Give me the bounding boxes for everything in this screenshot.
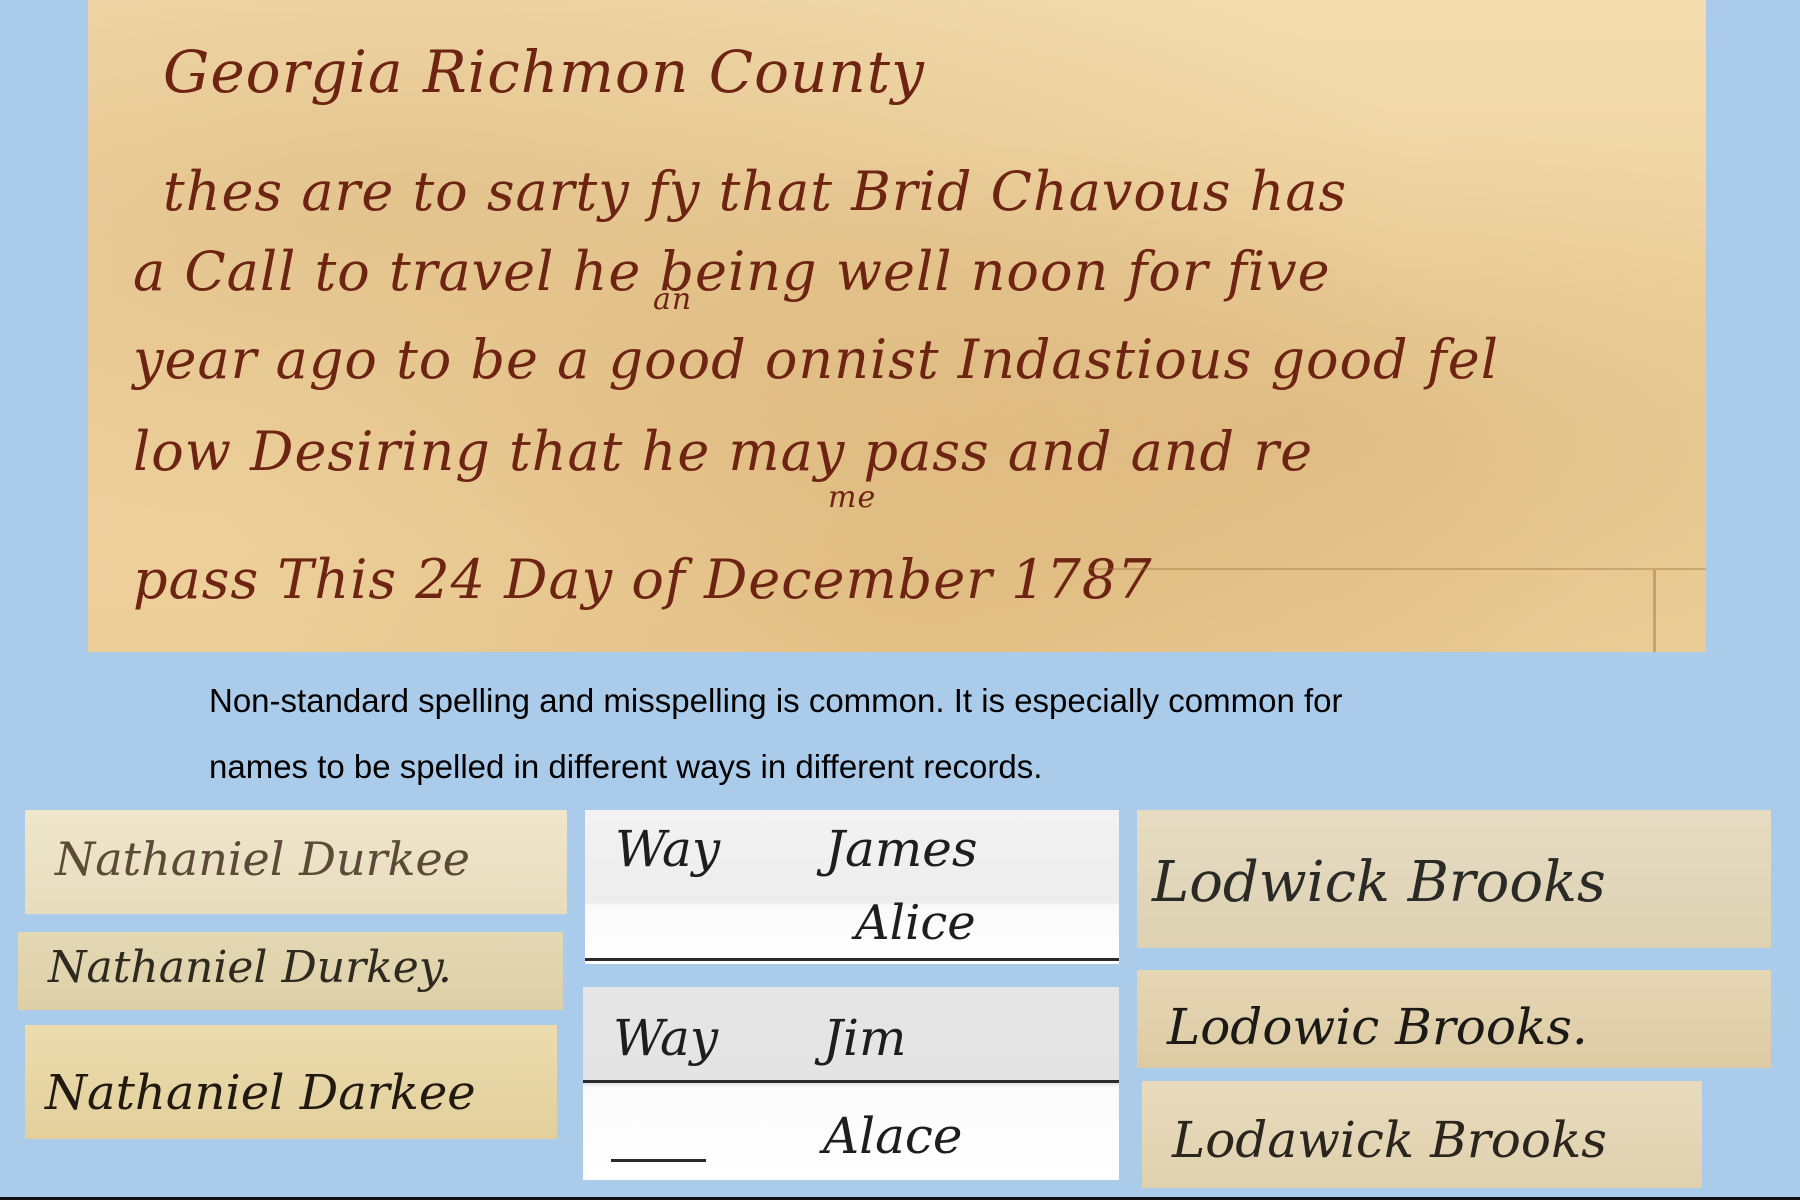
name-crop-durkee-3: Nathaniel Darkee bbox=[25, 1025, 557, 1139]
historic-letter-image: Georgia Richmon County thes are to sarty… bbox=[88, 0, 1706, 652]
letter-interlinear-an: an bbox=[653, 282, 692, 317]
name-crop-brooks-3: Lodawick Brooks bbox=[1142, 1081, 1702, 1188]
name-crop-durkee-2: Nathaniel Durkey. bbox=[18, 932, 563, 1010]
given-name-text: Jim bbox=[823, 1009, 906, 1067]
paper-fold-crease bbox=[1653, 570, 1656, 652]
signature-text: Nathaniel Darkee bbox=[45, 1065, 476, 1121]
letter-line-5: low Desiring that he may pass and and re bbox=[133, 420, 1313, 483]
name-crop-way-2: Way Jim Alace bbox=[583, 987, 1119, 1180]
dash-mark bbox=[611, 1159, 706, 1162]
ledger-rule bbox=[583, 1080, 1119, 1083]
signature-text: Lodowic Brooks. bbox=[1167, 998, 1588, 1056]
letter-line-4: year ago to be a good onnist Indastious … bbox=[133, 328, 1499, 391]
name-crop-brooks-1: Lodwick Brooks bbox=[1137, 810, 1771, 948]
letter-interlinear-me: me bbox=[828, 480, 876, 515]
slide-caption: Non-standard spelling and misspelling is… bbox=[209, 668, 1709, 800]
signature-text: Lodawick Brooks bbox=[1172, 1111, 1607, 1169]
second-name-text: Alice bbox=[855, 895, 976, 951]
letter-line-1: Georgia Richmon County bbox=[163, 38, 925, 106]
caption-line-1: Non-standard spelling and misspelling is… bbox=[209, 668, 1709, 734]
given-name-text: James bbox=[825, 820, 978, 878]
signature-text: Nathaniel Durkee bbox=[55, 832, 470, 886]
surname-text: Way bbox=[613, 1009, 718, 1067]
caption-line-2: names to be spelled in different ways in… bbox=[209, 734, 1709, 800]
letter-line-6: pass This 24 Day of December 1787 bbox=[133, 548, 1153, 611]
name-crop-way-1: Way James Alice bbox=[585, 810, 1119, 964]
letter-line-2: thes are to sarty fy that Brid Chavous h… bbox=[163, 160, 1347, 223]
paper-fold-line bbox=[1088, 568, 1706, 570]
name-crop-brooks-2: Lodowic Brooks. bbox=[1137, 970, 1771, 1068]
surname-text: Way bbox=[615, 820, 720, 878]
name-crop-durkee-1: Nathaniel Durkee bbox=[25, 810, 567, 914]
second-name-text: Alace bbox=[823, 1107, 963, 1165]
signature-text: Lodwick Brooks bbox=[1152, 850, 1606, 915]
ledger-rule bbox=[585, 958, 1119, 961]
signature-text: Nathaniel Durkey. bbox=[48, 942, 452, 993]
letter-line-3: a Call to travel he being well noon for … bbox=[133, 240, 1331, 303]
